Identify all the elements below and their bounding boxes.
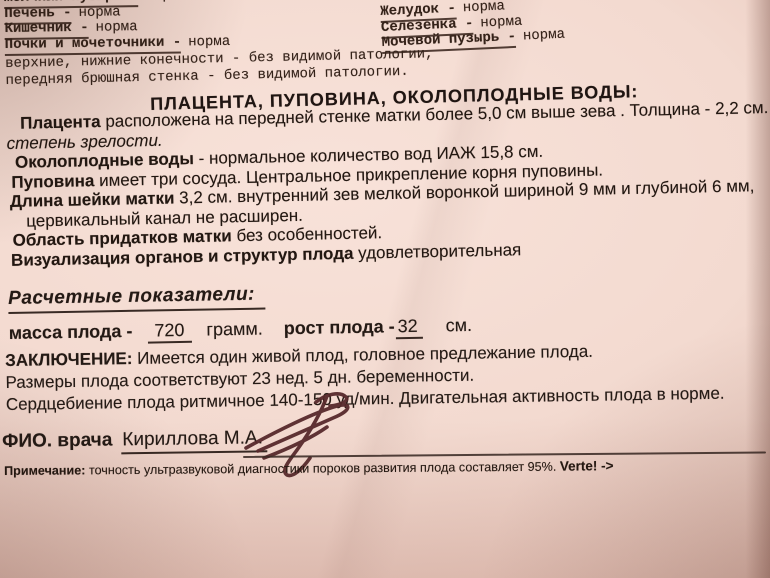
organ-value: норма (78, 4, 120, 21)
fetal-height-unit: см. (445, 315, 472, 335)
calculated-heading: Расчетные показатели: (8, 284, 265, 314)
organ-row: Почки и мочеточники -норма (5, 34, 231, 53)
footnote-label: Примечание: (4, 463, 85, 478)
report-line-label: Пуповина (11, 171, 94, 192)
organ-dash: - (507, 29, 516, 45)
fetal-height-value: 32 (395, 316, 422, 339)
fetal-mass-value: 720 (147, 320, 191, 344)
organ-value: норма (145, 0, 187, 4)
organ-dash: - (465, 15, 474, 31)
organ-value: норма (95, 19, 137, 36)
verte-mark: Verte! -> (560, 458, 614, 473)
organ-dash: - (447, 1, 456, 17)
organ-value: норма (188, 33, 230, 50)
calculated-values-line: масса плода - 720 грамм. рост плода -32 … (9, 315, 473, 344)
report-line-text: без особенностей. (232, 223, 383, 245)
organ-value: норма (480, 13, 523, 31)
calculated-indicators: Расчетные показатели: масса плода - 720 … (8, 280, 472, 344)
organ-list-left: Желчный пузырь -норма Печень -норма Кише… (4, 0, 230, 53)
conclusion-label: ЗАКЛЮЧЕНИЕ: (5, 349, 133, 370)
fetal-mass-unit: грамм. (206, 319, 263, 340)
signature-stroke (316, 394, 347, 406)
fetal-mass-label: масса плода - (9, 321, 133, 343)
report-line-label: Плацента (20, 112, 101, 133)
organ-dash: - (173, 34, 182, 50)
footnote-text: точность ультразвуковой диагностики поро… (85, 460, 560, 478)
organ-dash: - (130, 0, 139, 4)
organ-dash: - (80, 20, 89, 36)
placenta-section-body: Плацента расположена на передней стенке … (6, 98, 770, 270)
fetal-height-label: рост плода - (284, 316, 395, 338)
doctor-label: ФИО. врача (2, 429, 112, 452)
organ-list-right: Желудок -норма Селезенка -норма Мочевой … (380, 0, 565, 51)
organ-value: норма (523, 27, 566, 45)
report-line-text: удовлетворительная (353, 240, 521, 263)
doctor-line: ФИО. врачаКириллова М.А. (2, 427, 267, 453)
report-line-text: степень зрелости. (6, 130, 162, 152)
footnote-line: Примечание: точность ультразвуковой диаг… (4, 458, 614, 478)
organ-dash: - (63, 5, 72, 21)
ultrasound-report-photo: Желчный пузырь -норма Печень -норма Кише… (0, 0, 770, 578)
